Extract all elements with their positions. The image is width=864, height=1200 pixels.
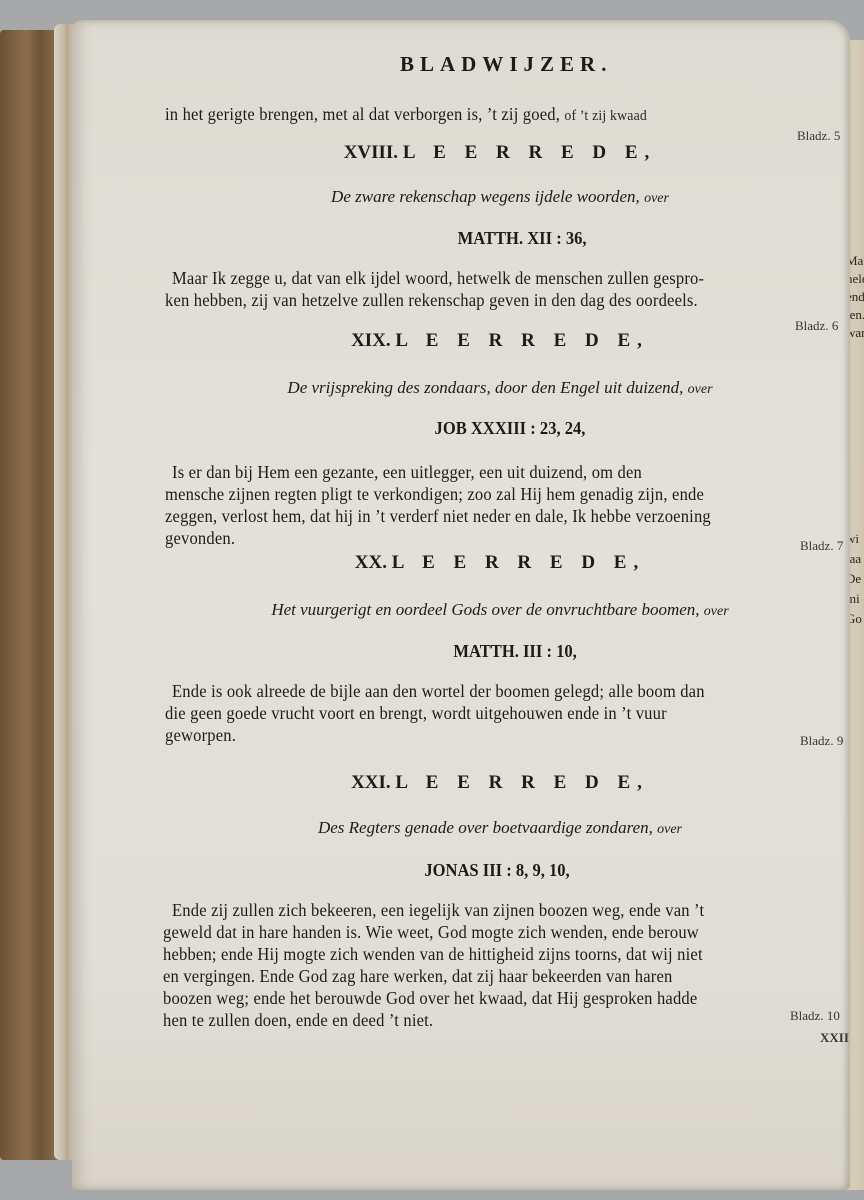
sermon-subject: De zware rekenschap wegens ijdele woorde… bbox=[160, 187, 840, 207]
sermon-subject-tail: over bbox=[657, 822, 682, 837]
sermon-label: L E E R R E D E, bbox=[395, 772, 648, 793]
scripture-text-line: ken hebben, zij van hetzelve zullen reke… bbox=[165, 290, 698, 311]
sermon-heading: XXI. L E E R R E D E, bbox=[160, 772, 840, 794]
book-spine-edge bbox=[0, 30, 58, 1160]
scripture-text-line: hebben; ende Hij mogte zich wenden van d… bbox=[163, 944, 703, 965]
scripture-text-line: mensche zijnen regten pligt te verkondig… bbox=[165, 484, 704, 505]
sermon-subject-tail: over bbox=[704, 604, 729, 619]
page-reference: Bladz. 10 bbox=[790, 1008, 840, 1024]
sermon-subject: De vrijspreking des zondaars, door den E… bbox=[160, 378, 840, 398]
sermon-heading: XIX. L E E R R E D E, bbox=[160, 330, 840, 352]
scripture-reference: MATTH. III : 10, bbox=[453, 641, 576, 662]
page-title: BLADWIJZER. bbox=[400, 52, 612, 77]
sermon-subject-tail: over bbox=[688, 382, 713, 397]
scripture-text-line: Ende zij zullen zich bekeeren, een iegel… bbox=[172, 900, 704, 921]
sermon-label: L E E R R E D E, bbox=[395, 330, 648, 351]
intro-text-tail: of ’t zij kwaad bbox=[564, 108, 647, 124]
intro-text-main: in het gerigte brengen, met al dat verbo… bbox=[165, 104, 560, 124]
sermon-subject-tail: over bbox=[644, 191, 669, 206]
sermon-subject-text: De vrijspreking des zondaars, door den E… bbox=[287, 378, 683, 397]
sermon-heading: XX. L E E R R E D E, bbox=[160, 552, 840, 574]
sermon-number: XVIII. bbox=[344, 142, 398, 163]
sermon-label: L E E R R E D E, bbox=[392, 552, 645, 573]
scripture-text-line: geweld dat in hare handen is. Wie weet, … bbox=[163, 922, 699, 943]
scripture-reference: JONAS III : 8, 9, 10, bbox=[424, 860, 569, 881]
scripture-reference: MATTH. XII : 36, bbox=[458, 228, 587, 249]
sermon-number: XXI. bbox=[351, 772, 391, 793]
scripture-text-line: geworpen. bbox=[165, 725, 236, 746]
scripture-text-line: die geen goede vrucht voort en brengt, w… bbox=[165, 703, 667, 724]
sermon-subject: Des Regters genade over boetvaardige zon… bbox=[160, 818, 840, 838]
sermon-number: XIX. bbox=[351, 330, 391, 351]
sermon-subject-text: Het vuurgerigt en oordeel Gods over de o… bbox=[271, 600, 699, 619]
intro-text: in het gerigte brengen, met al dat verbo… bbox=[165, 104, 647, 125]
scripture-text-line: zeggen, verlost hem, dat hij in ’t verde… bbox=[165, 506, 711, 527]
scripture-reference: JOB XXXIII : 23, 24, bbox=[435, 418, 586, 439]
sermon-label: L E E R R E D E, bbox=[403, 142, 656, 163]
catchword: XXII bbox=[820, 1030, 849, 1046]
scripture-text-line: Is er dan bij Hem een gezante, een uitle… bbox=[172, 462, 642, 483]
sermon-heading: XVIII. L E E R R E D E, bbox=[160, 142, 840, 164]
scripture-text-line: hen te zullen doen, ende en deed ’t niet… bbox=[163, 1010, 433, 1031]
sermon-subject-text: Des Regters genade over boetvaardige zon… bbox=[318, 818, 653, 837]
page-reference: Bladz. 9 bbox=[800, 733, 843, 749]
scripture-text-line: Maar Ik zegge u, dat van elk ijdel woord… bbox=[172, 268, 704, 289]
scripture-text-line: en vergingen. Ende God zag hare werken, … bbox=[163, 966, 673, 987]
sermon-subject: Het vuurgerigt en oordeel Gods over de o… bbox=[160, 600, 840, 620]
scripture-text-line: gevonden. bbox=[165, 528, 235, 549]
sermon-number: XX. bbox=[355, 552, 387, 573]
scripture-text-line: Ende is ook alreede de bijle aan den wor… bbox=[172, 681, 705, 702]
scripture-text-line: boozen weg; ende het berouwde God over h… bbox=[163, 988, 697, 1009]
sermon-subject-text: De zware rekenschap wegens ijdele woorde… bbox=[331, 187, 640, 206]
